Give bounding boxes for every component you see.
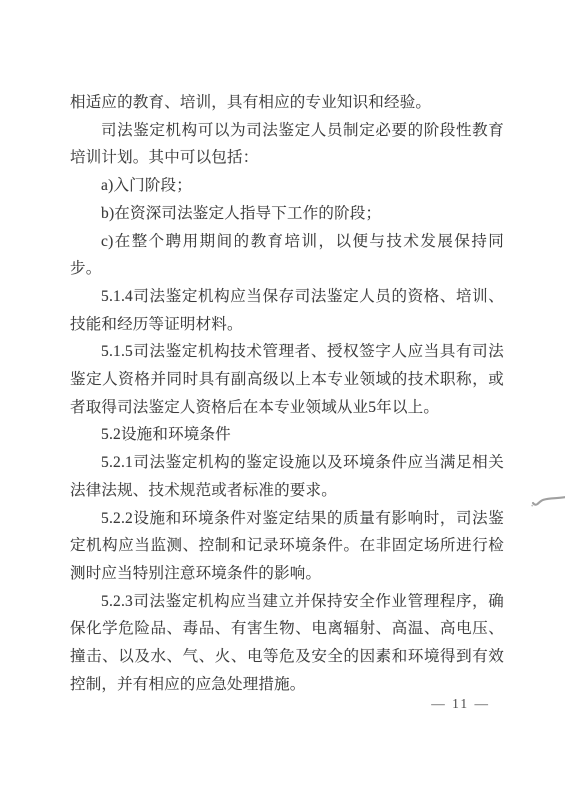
- clause-5-1-4: 5.1.4司法鉴定机构应当保存司法鉴定人员的资格、培训、技能和经历等证明材料。: [70, 283, 504, 338]
- list-item-b: b)在资深司法鉴定人指导下工作的阶段；: [70, 200, 504, 228]
- body-text: 相适应的教育、培训，具有相应的专业知识和经验。 司法鉴定机构可以为司法鉴定人员制…: [70, 89, 504, 698]
- list-item-c: c)在整个聘用期间的教育培训，以便与技术发展保持同步。: [70, 228, 504, 283]
- clause-5-2-3: 5.2.3司法鉴定机构应当建立并保持安全作业管理程序，确保化学危险品、毒品、有害…: [70, 588, 504, 699]
- clause-5-1-5: 5.1.5司法鉴定机构技术管理者、授权签字人应当具有司法鉴定人资格并同时具有副高…: [70, 338, 504, 421]
- page-number: — 11 —: [431, 696, 490, 712]
- clause-5-2-2: 5.2.2设施和环境条件对鉴定结果的质量有影响时，司法鉴定机构应当监测、控制和记…: [70, 505, 504, 588]
- clause-5-2-1: 5.2.1司法鉴定机构的鉴定设施以及环境条件应当满足相关法律法规、技术规范或者标…: [70, 449, 504, 504]
- list-item-a: a)入门阶段；: [70, 172, 504, 200]
- pen-stroke-icon: [529, 490, 565, 508]
- paragraph: 司法鉴定机构可以为司法鉴定人员制定必要的阶段性教育培训计划。其中可以包括：: [70, 117, 504, 172]
- document-page: 相适应的教育、培训，具有相应的专业知识和经验。 司法鉴定机构可以为司法鉴定人员制…: [0, 0, 565, 800]
- section-heading-5-2: 5.2设施和环境条件: [70, 421, 504, 449]
- paragraph-continuation: 相适应的教育、培训，具有相应的专业知识和经验。: [70, 89, 504, 117]
